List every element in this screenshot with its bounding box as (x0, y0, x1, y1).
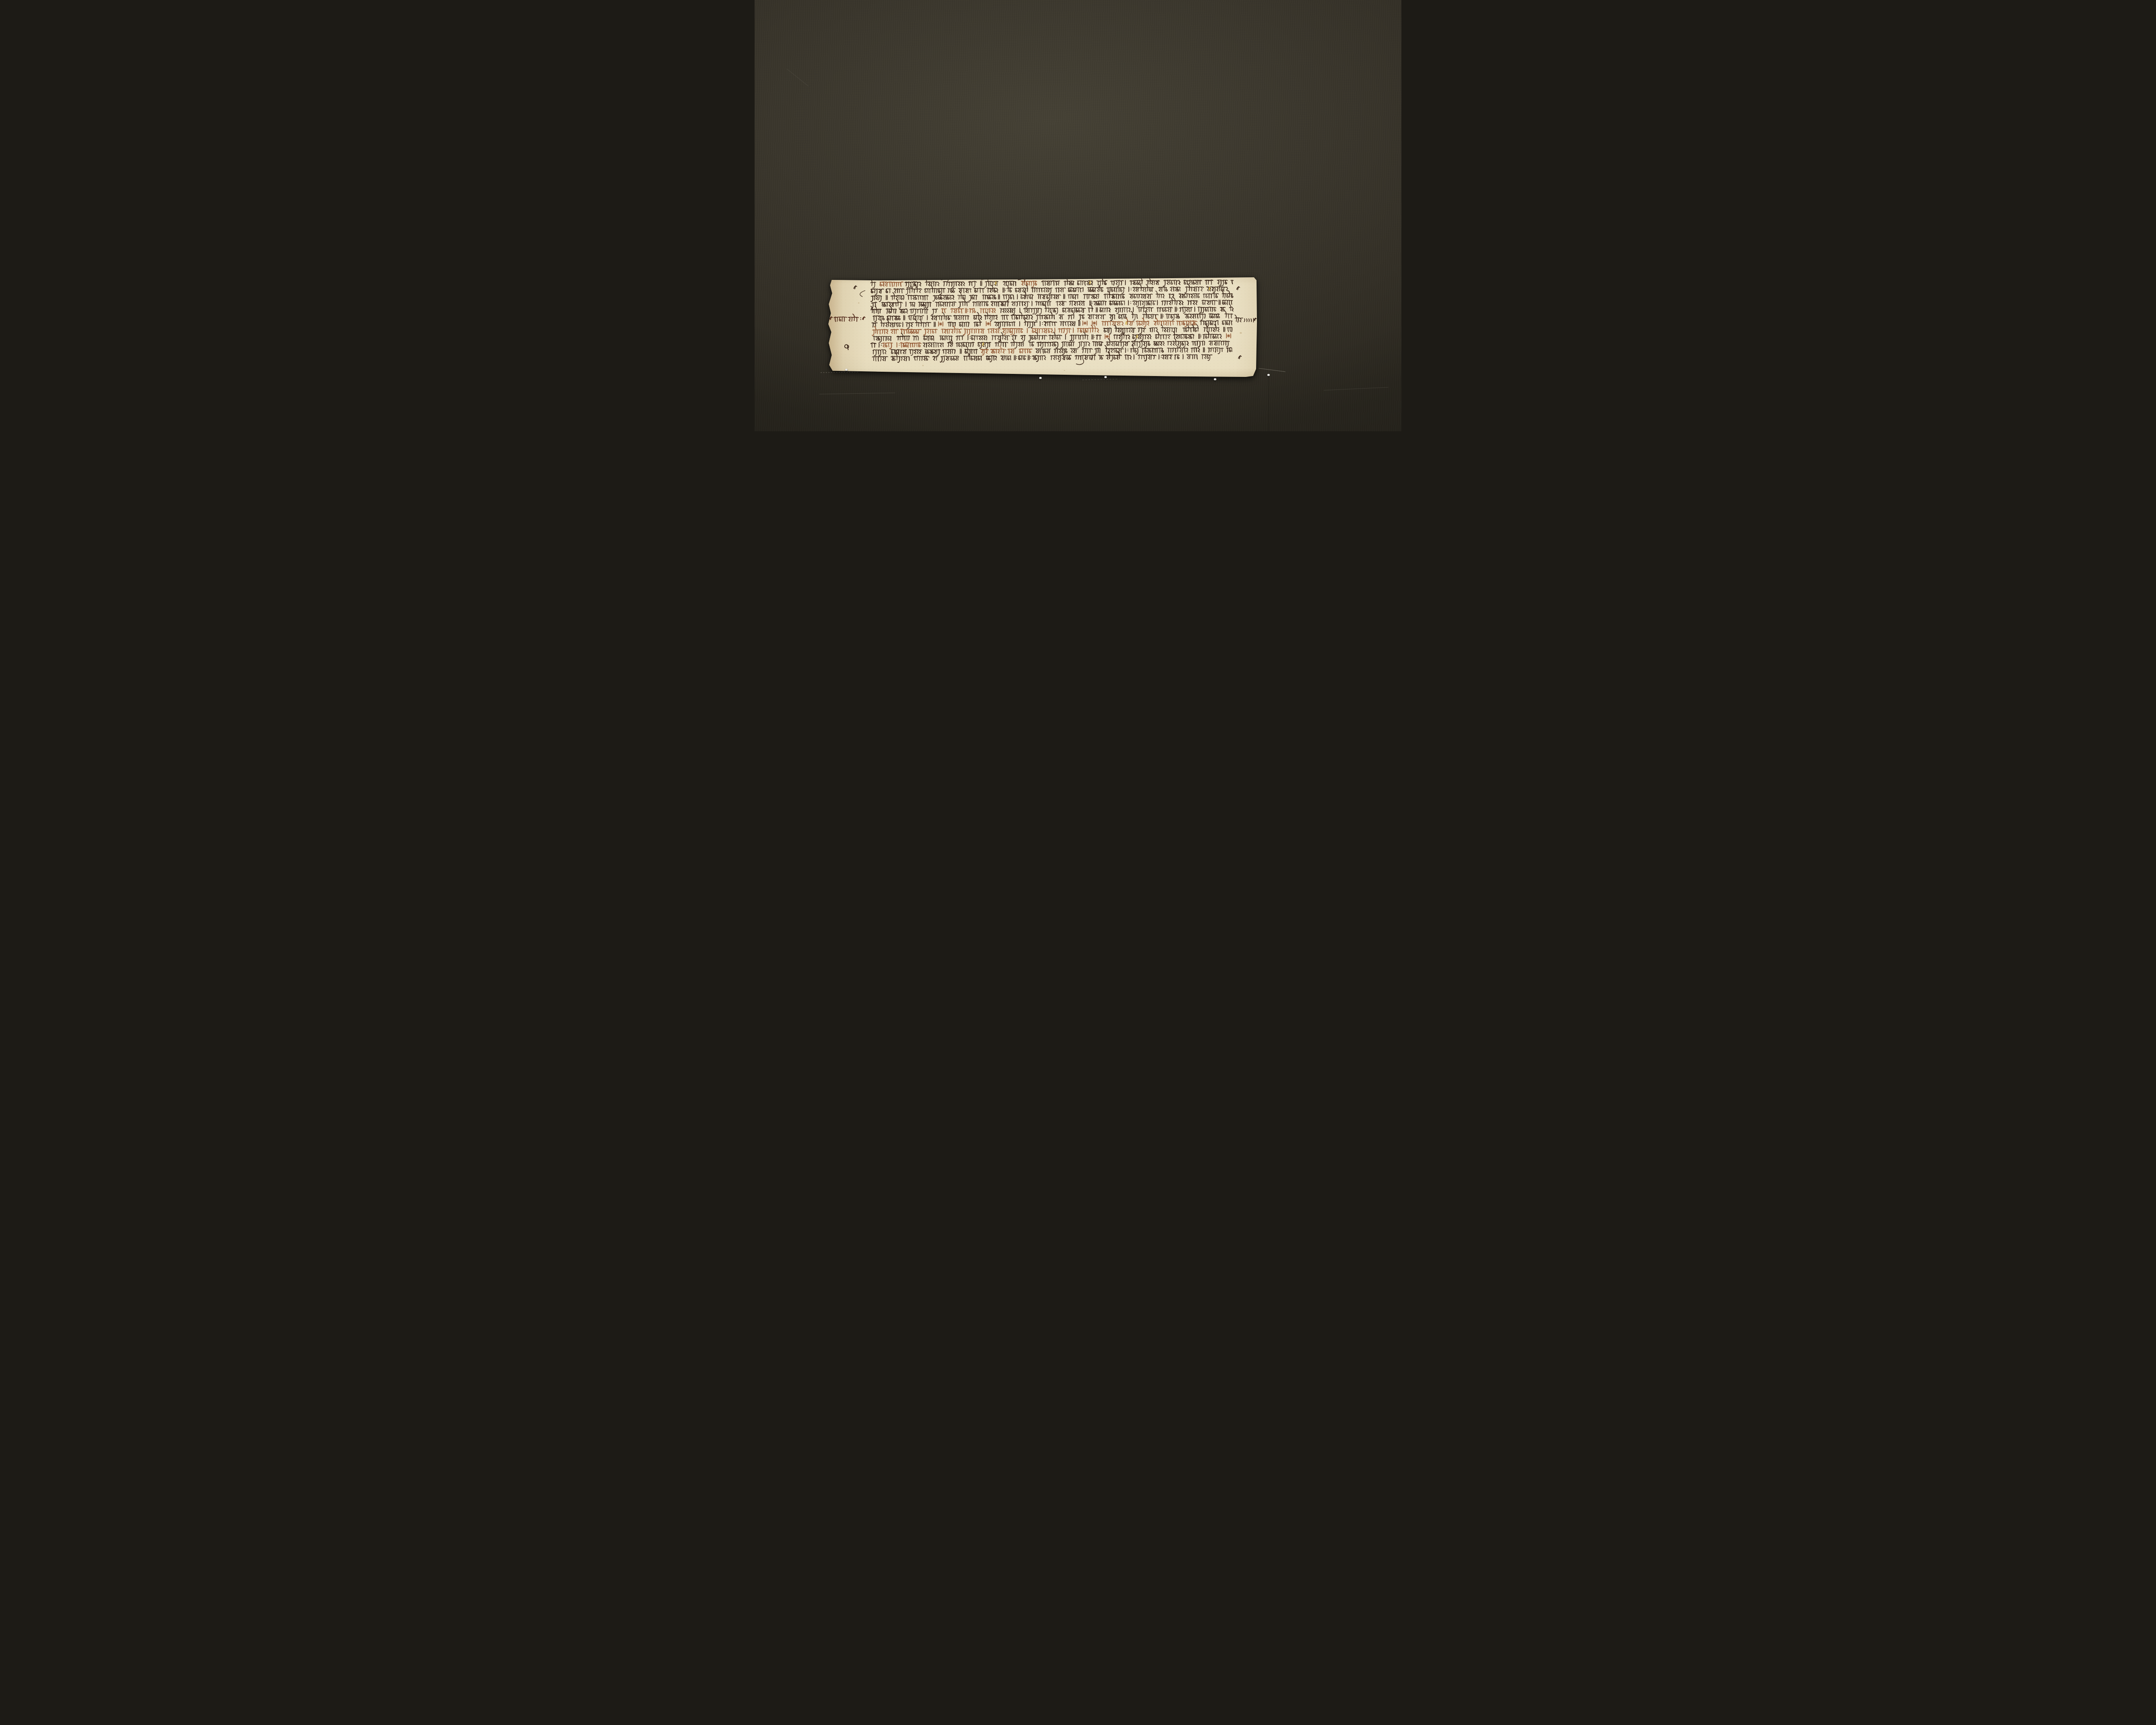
pin-head (1267, 374, 1270, 376)
marginalia-folio-number: ৯ (828, 277, 828, 278)
manuscript-page-wrap: মমিদাত্তং বৈমদাত্তং ভ্রুতর্ষত এবং ক্রুবা… (828, 277, 1257, 377)
board-scratch (819, 393, 895, 394)
mounting-pin (845, 369, 848, 372)
pin-head (1039, 377, 1042, 379)
line-text: মমিদাত্তং বৈমদাত্তং ভ্রুতর্ষত এবং ক্রুবা… (828, 277, 828, 278)
mounting-pin (1104, 376, 1107, 379)
marginalia-right: ত্রেঃ১৩১।৪৷৸ (828, 277, 828, 278)
mounting-pin (1039, 377, 1042, 380)
manuscript-writing (828, 277, 1257, 377)
pin-head (1214, 378, 1216, 380)
pin-head (845, 369, 848, 371)
transcription-list: মমিদাত্তং বৈমদাত্তং ভ্রুতর্ষত এবং ক্রুবা… (828, 277, 828, 278)
foxing-spot (1043, 283, 1044, 284)
board-scratch (787, 69, 808, 86)
mounting-pin (1214, 378, 1217, 382)
pin-head (1104, 376, 1107, 378)
foxing-spot (1184, 337, 1185, 339)
manuscript-page: মমিদাত্তং বৈমদাত্তং ভ্রুতর্ষত এবং ক্রুবা… (828, 277, 1257, 377)
foxing-spot (1240, 332, 1242, 334)
board-scratch (1082, 379, 1117, 380)
marginalia-left: ৸শ্রীশ্রীথাশ্রমঃ৸ (828, 277, 828, 278)
board-scratch (1259, 368, 1285, 372)
photo-board: মমিদাত্তং বৈমদাত্তং ভ্রুতর্ষত এবং ক্রুবা… (755, 0, 1401, 431)
mounting-pin (1267, 374, 1270, 377)
board-scratch (1324, 387, 1388, 390)
foxing-spot (969, 373, 971, 374)
foxing-spot (858, 302, 860, 304)
